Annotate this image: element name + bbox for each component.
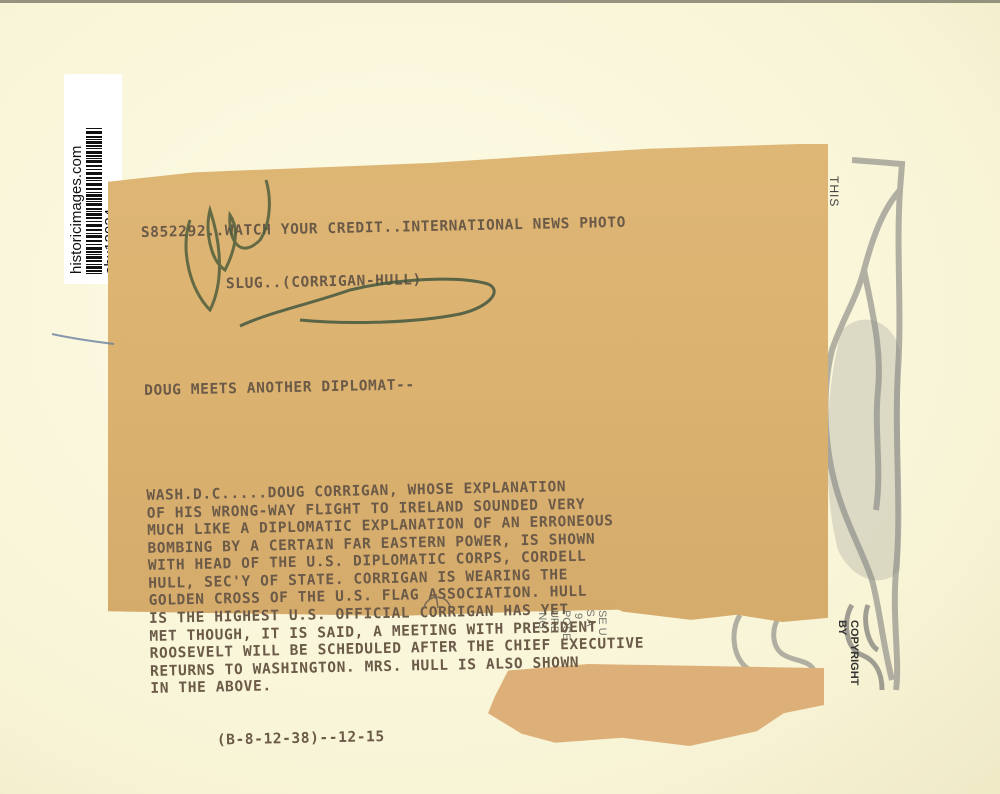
blue-pen-stroke-icon (50, 332, 115, 346)
stamp-text-copyright-by: COPYRIGHT BY (836, 620, 860, 685)
pencil-circle-around-name-icon (230, 274, 510, 334)
caption-dateline: (B-8-12-38)--12-15 (151, 720, 831, 752)
caption-body: WASH.D.C.....DOUG CORRIGAN, WHOSE EXPLAN… (146, 474, 830, 699)
caption-headline: DOUG MEETS ANOTHER DIPLOMAT-- (144, 369, 824, 401)
barcode-icon (86, 124, 102, 274)
photo-top-edge (0, 0, 1000, 3)
pencil-small-mark-icon (420, 590, 454, 610)
archive-site-name: historicimages.com (68, 146, 85, 274)
